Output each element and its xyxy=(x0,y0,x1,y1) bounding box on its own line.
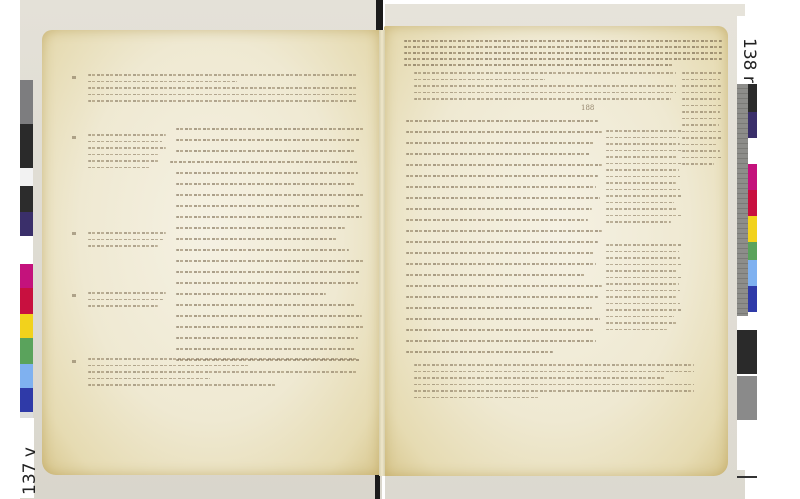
swatch-green xyxy=(20,338,33,364)
folio-label-recto: 138 r xyxy=(739,38,759,83)
swatch-black xyxy=(20,124,33,168)
book-gutter xyxy=(379,30,385,476)
right-top-commentary xyxy=(404,40,722,70)
spine-shadow-bottom xyxy=(375,474,380,499)
right-top-commentary-2 xyxy=(414,72,676,105)
right-bottom-commentary xyxy=(414,364,694,403)
left-top-commentary xyxy=(88,74,358,107)
right-main-text xyxy=(406,120,602,362)
swatch-white xyxy=(20,168,33,186)
frame-edge xyxy=(737,476,757,478)
left-margin-gloss-2 xyxy=(88,232,166,252)
swatch-black xyxy=(20,186,33,212)
swatch-red xyxy=(20,288,33,314)
left-margin-gloss-1 xyxy=(88,134,166,173)
right-outer-margin-gloss xyxy=(682,72,722,170)
swatch-blue xyxy=(20,388,33,412)
left-margin-mark xyxy=(72,76,76,79)
right-margin-gloss-2 xyxy=(606,244,682,335)
swatch-gray xyxy=(737,376,757,420)
left-bottom-commentary xyxy=(88,358,358,391)
measurement-ruler xyxy=(737,84,748,316)
color-calibration-target-left xyxy=(20,80,33,424)
left-margin-gloss-3 xyxy=(88,292,166,312)
swatch-gray xyxy=(20,80,33,124)
swatch-white xyxy=(737,420,757,470)
swatch-magenta xyxy=(20,264,33,288)
left-margin-mark xyxy=(72,136,76,139)
left-margin-mark xyxy=(72,360,76,363)
swatch-purple xyxy=(20,212,33,236)
swatch-yellow xyxy=(20,314,33,338)
folio-label-verso: 137 v xyxy=(20,447,40,495)
page-number: 188 xyxy=(581,104,594,112)
left-main-text xyxy=(176,128,364,370)
left-margin-mark xyxy=(72,294,76,297)
left-margin-mark xyxy=(72,232,76,235)
right-margin-gloss-1 xyxy=(606,130,682,228)
swatch-white xyxy=(20,236,33,264)
swatch-black xyxy=(737,330,757,374)
spine-shadow-top xyxy=(376,0,383,30)
swatch-light-blue xyxy=(20,364,33,388)
